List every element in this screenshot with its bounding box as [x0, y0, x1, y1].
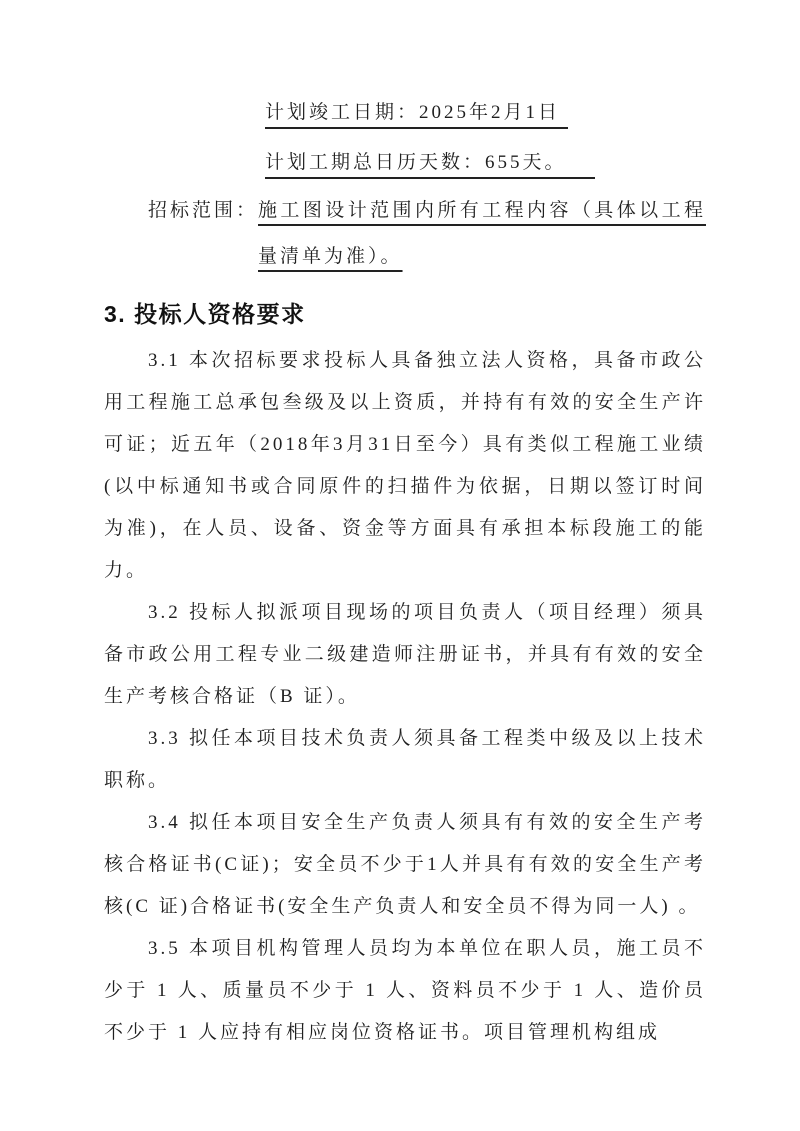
bid-scope-label: 招标范围：	[148, 188, 258, 234]
bid-scope-value: 施工图设计范围内所有工程内容（具体以工程量清单为准）。	[258, 188, 706, 280]
bid-scope-line: 招标范围： 施工图设计范围内所有工程内容（具体以工程量清单为准）。	[148, 188, 706, 280]
planned-duration-text: 计划工期总日历天数：655天。	[265, 152, 595, 179]
clause-3-5: 3.5 本项目机构管理人员均为本单位在职人员，施工员不少于 1 人、质量员不少于…	[104, 928, 706, 1054]
document-page: 计划竣工日期：2025年2月1日 计划工期总日历天数：655天。 招标范围： 施…	[0, 0, 800, 1131]
section-3-body: 3.1 本次招标要求投标人具备独立法人资格，具备市政公用工程施工总承包叁级及以上…	[104, 340, 706, 1054]
planned-duration-line: 计划工期总日历天数：655天。	[265, 138, 706, 188]
clause-3-3: 3.3 拟任本项目技术负责人须具备工程类中级及以上技术职称。	[104, 718, 706, 802]
section-3-heading: 3. 投标人资格要求	[104, 298, 706, 330]
planned-completion-date-line: 计划竣工日期：2025年2月1日	[265, 88, 706, 138]
clause-3-2: 3.2 投标人拟派项目现场的项目负责人（项目经理）须具备市政公用工程专业二级建造…	[104, 592, 706, 718]
planned-completion-date-text: 计划竣工日期：2025年2月1日	[265, 102, 568, 129]
clause-3-1: 3.1 本次招标要求投标人具备独立法人资格，具备市政公用工程施工总承包叁级及以上…	[104, 340, 706, 592]
clause-3-4: 3.4 拟任本项目安全生产负责人须具有有效的安全生产考核合格证书(C证)；安全员…	[104, 802, 706, 928]
